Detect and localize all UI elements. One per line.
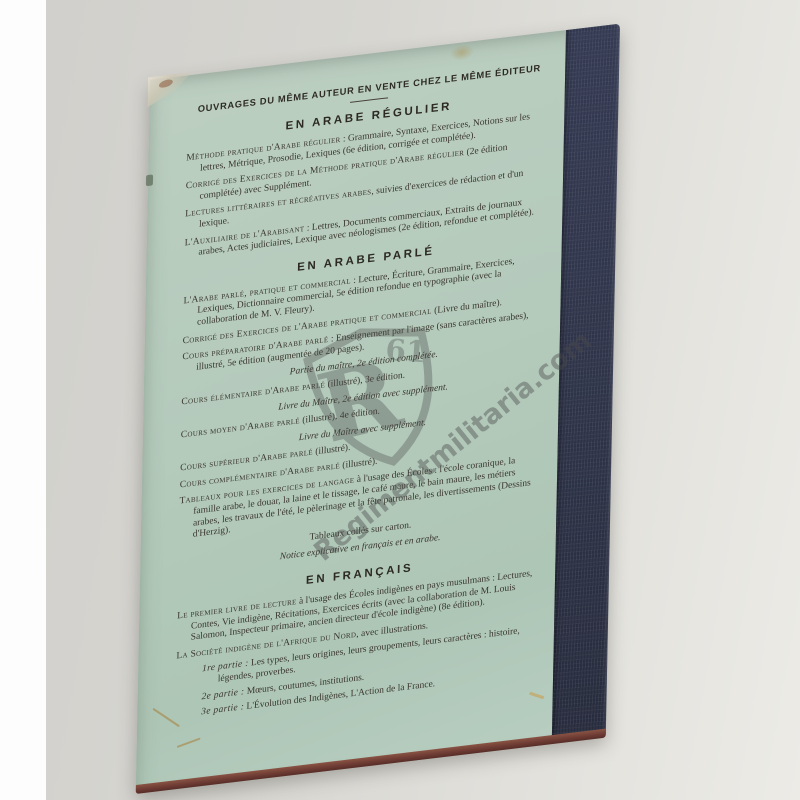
entry-title: 3e partie : bbox=[201, 702, 244, 717]
cover-stain bbox=[450, 43, 474, 62]
worn-corner bbox=[147, 72, 192, 107]
entry-description: (illustré). bbox=[313, 443, 351, 457]
book-spine bbox=[552, 24, 620, 742]
catalog-section-2: EN ARABE PARLÉL'Arabe parlé, pratique et… bbox=[178, 232, 548, 577]
heading-divider bbox=[350, 97, 388, 103]
catalog-section-3: EN FRANÇAISLe premier livre de lecture à… bbox=[175, 547, 542, 722]
cover-scratch bbox=[177, 738, 201, 748]
photo-backdrop: OUVRAGES DU MÊME AUTEUR EN VENTE CHEZ LE… bbox=[0, 0, 800, 800]
entry-description: (Livre du maître). bbox=[432, 298, 502, 316]
book-back-cover: OUVRAGES DU MÊME AUTEUR EN VENTE CHEZ LE… bbox=[136, 24, 620, 792]
catalog-sections: EN ARABE RÉGULIERMéthode pratique d'Arab… bbox=[175, 89, 551, 722]
edge-mark bbox=[146, 174, 153, 186]
entry-description: (illustré). bbox=[340, 457, 378, 471]
catalog-section-1: EN ARABE RÉGULIERMéthode pratique d'Arab… bbox=[184, 89, 551, 261]
cover-scratch bbox=[529, 692, 545, 700]
entry-description: , avec illustrations. bbox=[356, 621, 428, 640]
book-board-edge bbox=[136, 729, 606, 794]
printed-catalog: OUVRAGES DU MÊME AUTEUR EN VENTE CHEZ LE… bbox=[175, 62, 551, 726]
entry-title: 2e partie : bbox=[201, 687, 244, 702]
background-white-strip bbox=[0, 0, 46, 800]
